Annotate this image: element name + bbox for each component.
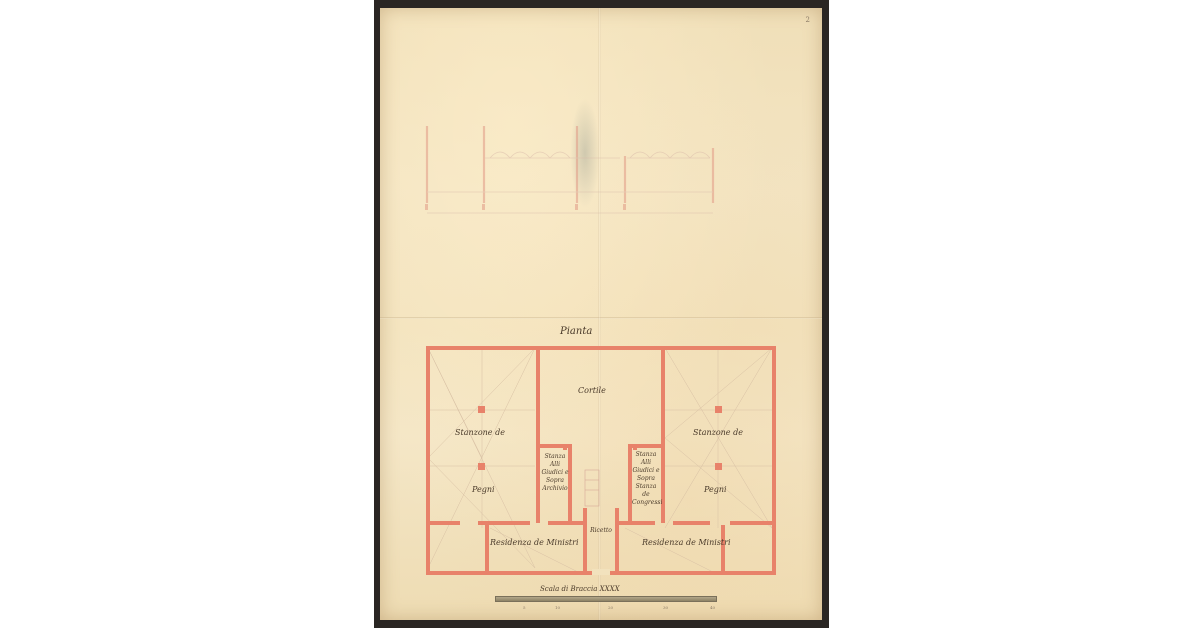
room-label-left-residence: Residenza de Ministri xyxy=(490,538,579,547)
scale-tick: 30 xyxy=(663,605,668,610)
room-label-center-passage: Ricetto xyxy=(580,527,622,535)
scale-bar xyxy=(495,596,717,602)
room-label-right-residence: Residenza de Ministri xyxy=(642,538,731,547)
scale-tick: 10 xyxy=(555,605,560,610)
scale-tick: 20 xyxy=(608,605,613,610)
section-elevation xyxy=(425,126,713,213)
room-label-left-hall-top: Stanzone de xyxy=(455,428,505,437)
scale-ticks: 5 10 20 30 40 xyxy=(495,605,715,611)
manuscript-sheet: 2 xyxy=(380,8,822,620)
room-label-right-hall-bottom: Pegni xyxy=(704,485,727,494)
room-label-left-hall-bottom: Pegni xyxy=(472,485,495,494)
room-label-left-small-room: Stanza Alli Giudici e Sopra Archivio xyxy=(541,453,569,493)
room-label-right-small-room: Stanza Alli Giudici e Sopra Stanza de Co… xyxy=(632,451,660,507)
room-label-right-hall-top: Stanzone de xyxy=(693,428,743,437)
room-label-courtyard: Cortile xyxy=(578,386,606,395)
scale-tick: 40 xyxy=(710,605,715,610)
scale-label: Scala di Braccia XXXX xyxy=(540,585,620,593)
scale-tick: 5 xyxy=(523,605,526,610)
plan-title: Pianta xyxy=(560,326,592,337)
